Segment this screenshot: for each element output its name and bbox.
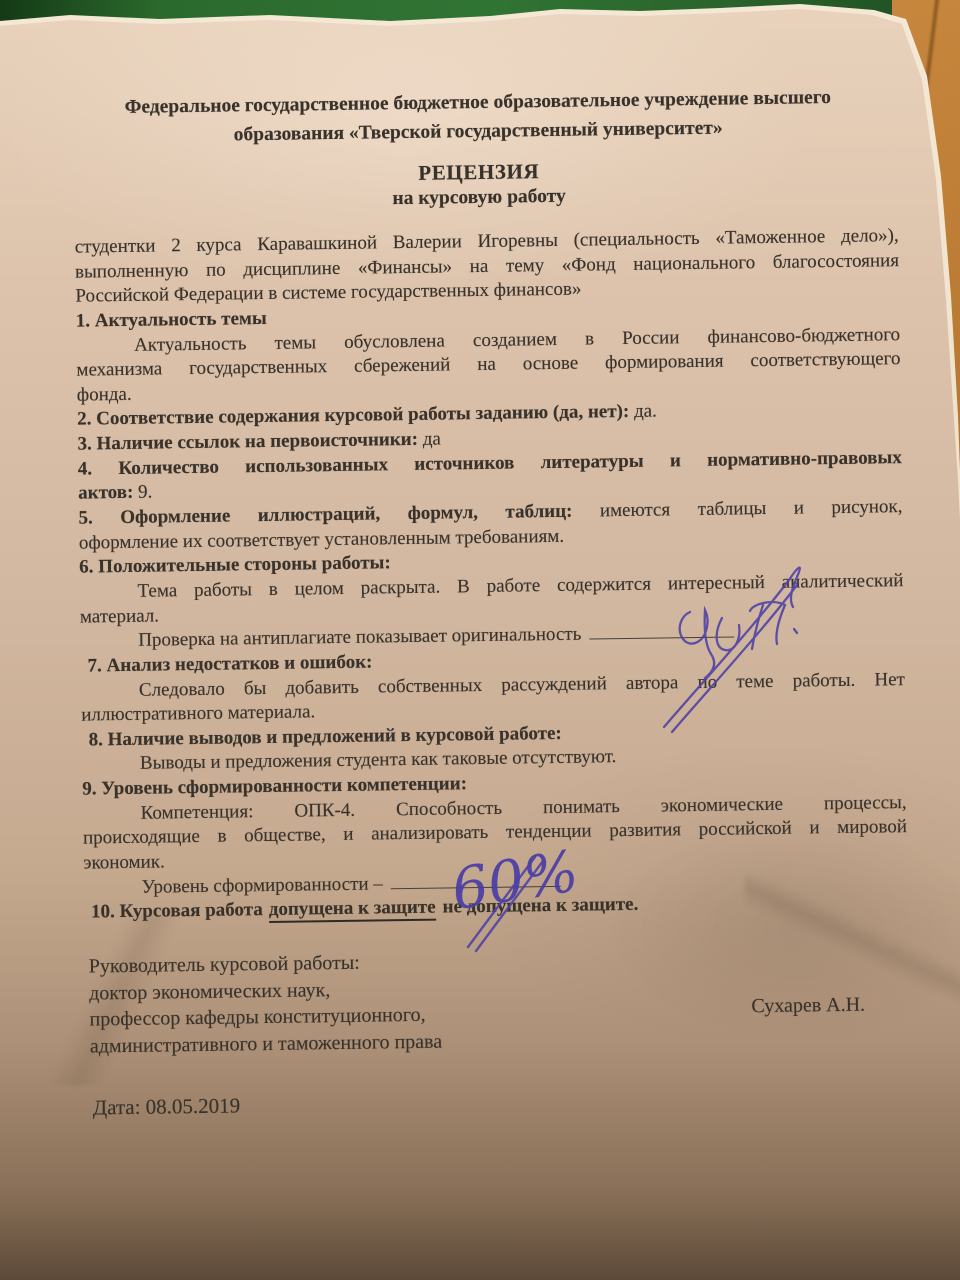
document-content: Федеральное государственное бюджетное об…: [0, 0, 960, 1280]
heading-text: 6. Положительные стороны работы:: [79, 553, 391, 578]
heading-text: 9. Уровень сформированности компетенции:: [82, 773, 467, 799]
date-line: Дата: 08.05.2019: [93, 1093, 241, 1120]
supervisor-title-1: профессор кафедры конституционного,: [89, 1002, 442, 1033]
conclusion-prefix: 10. Курсовая работа: [91, 899, 263, 922]
admitted-underlined-text: допущена к защите: [269, 897, 436, 923]
fill-in-blank: [589, 623, 734, 640]
answer-text: имеются таблицы и рисунок,: [600, 496, 903, 521]
answer-text: 9.: [138, 482, 153, 503]
paper-sheet: Федеральное государственное бюджетное об…: [0, 0, 960, 1280]
document-body: студентки 2 курса Каравашкиной Валерии И…: [75, 225, 909, 926]
heading-text: 3. Наличие ссылок на первоисточники:: [77, 429, 418, 455]
fill-in-blank: [391, 872, 561, 889]
heading-text: 7. Анализ недостатков и ошибок:: [87, 651, 372, 676]
photo-of-review-document: Федеральное государственное бюджетное об…: [0, 0, 960, 1280]
document-header: Федеральное государственное бюджетное об…: [63, 82, 895, 217]
supervisor-name: Сухарев А.Н.: [751, 994, 865, 1019]
signature-block: Руководитель курсовой работы: доктор эко…: [89, 949, 443, 1060]
supervisor-title-2: административного и таможенного права: [90, 1028, 443, 1059]
formation-level-text: Уровень сформированности –: [142, 873, 383, 897]
heading-text: 1. Актуальность темы: [76, 308, 267, 332]
heading-text: актов:: [78, 482, 133, 504]
answer-text: да.: [634, 401, 657, 422]
not-admitted-text: не допущена к защите.: [442, 894, 638, 918]
answer-text: да: [423, 429, 441, 450]
